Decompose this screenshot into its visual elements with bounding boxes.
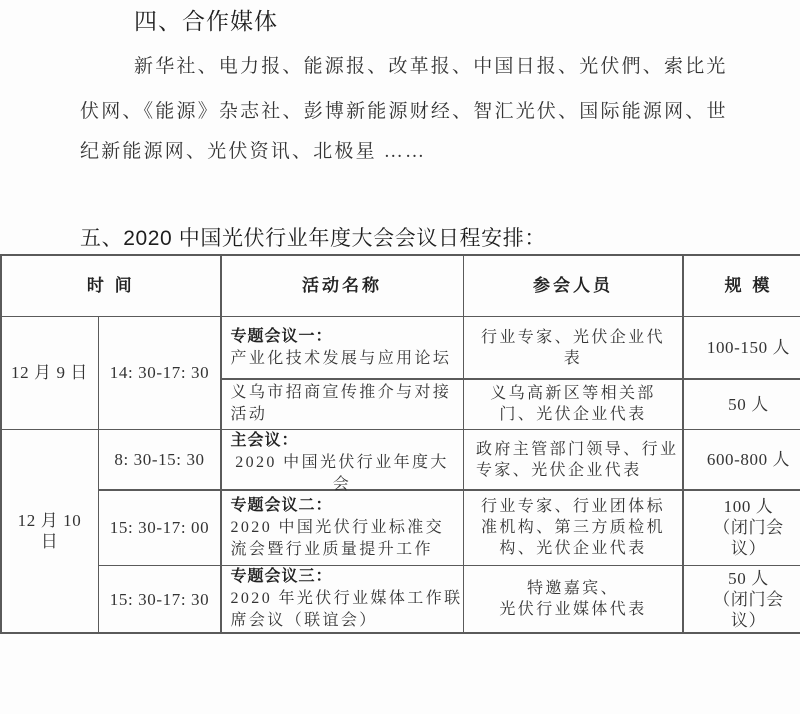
activity-title: 专题会议三： <box>231 566 333 588</box>
section-heading-partner-media: 四、合作媒体 <box>134 3 278 36</box>
activity-title: 专题会议一： <box>231 326 333 348</box>
scale-cell: 600-800 人 <box>684 430 800 489</box>
activity-cell: 义乌市招商宣传推介与对接 活动 <box>222 380 463 429</box>
activity-cell: 主会议： 2020 中国光伏行业年度大 会 <box>222 430 463 489</box>
participants-cell: 特邀嘉宾、 光伏行业媒体代表 <box>464 566 682 632</box>
scale-cell: 100 人 （闭门会 议） <box>684 491 800 565</box>
activity-title: 专题会议二： <box>231 495 333 517</box>
header-time: 时 间 <box>2 256 221 316</box>
activity-title: 主会议： <box>231 430 299 452</box>
partner-media-line-2: 伏网、《能源》杂志社、彭博新能源财经、智汇光伏、国际能源网、世 <box>80 96 728 123</box>
participants-cell: 行业专家、光伏企业代 表 <box>464 317 682 378</box>
partner-media-line-1: 新华社、电力报、能源报、改革报、中国日报、光伏們、索比光 <box>134 51 728 78</box>
date-cell: 12 月 9 日 <box>2 317 98 429</box>
date-cell: 12 月 10 日 <box>2 430 98 632</box>
partner-media-line-3: 纪新能源网、光伏资讯、北极星 …… <box>80 136 426 163</box>
header-scale: 规 模 <box>684 256 800 316</box>
time-cell: 15: 30-17: 30 <box>99 566 220 632</box>
section-heading-schedule: 五、2020 中国光伏行业年度大会会议日程安排： <box>80 222 546 252</box>
activity-cell: 专题会议二： 2020 中国光伏行业标准交 流会暨行业质量提升工作 <box>222 491 463 565</box>
activity-cell: 专题会议一： 产业化技术发展与应用论坛 <box>222 317 463 378</box>
participants-cell: 义乌高新区等相关部 门、光伏企业代表 <box>464 380 682 429</box>
activity-cell: 专题会议三： 2020 年光伏行业媒体工作联 席会议（联谊会） <box>222 566 463 632</box>
activity-name: 产业化技术发展与应用论坛 <box>231 348 452 370</box>
time-cell: 8: 30-15: 30 <box>99 430 220 489</box>
header-participants: 参会人员 <box>464 256 682 316</box>
time-cell: 14: 30-17: 30 <box>99 317 220 429</box>
schedule-table: 时 间 活动名称 参会人员 规 模 12 月 9 日 14: 30-17: 30… <box>0 254 800 634</box>
header-activity: 活动名称 <box>222 256 463 316</box>
time-cell: 15: 30-17: 00 <box>99 491 220 565</box>
scale-cell: 100-150 人 <box>684 317 800 378</box>
scale-cell: 50 人 <box>684 380 800 429</box>
activity-name: 义乌市招商宣传推介与对接 活动 <box>231 382 452 426</box>
activity-name: 2020 中国光伏行业年度大 会 <box>231 452 463 496</box>
activity-name: 2020 中国光伏行业标准交 流会暨行业质量提升工作 <box>231 517 445 561</box>
scale-cell: 50 人 （闭门会 议） <box>684 566 800 632</box>
participants-cell: 行业专家、行业团体标 准机构、第三方质检机 构、光伏企业代表 <box>464 491 682 565</box>
participants-cell: 政府主管部门领导、行业 专家、光伏企业代表 <box>464 430 682 489</box>
activity-name: 2020 年光伏行业媒体工作联 席会议（联谊会） <box>231 588 463 632</box>
